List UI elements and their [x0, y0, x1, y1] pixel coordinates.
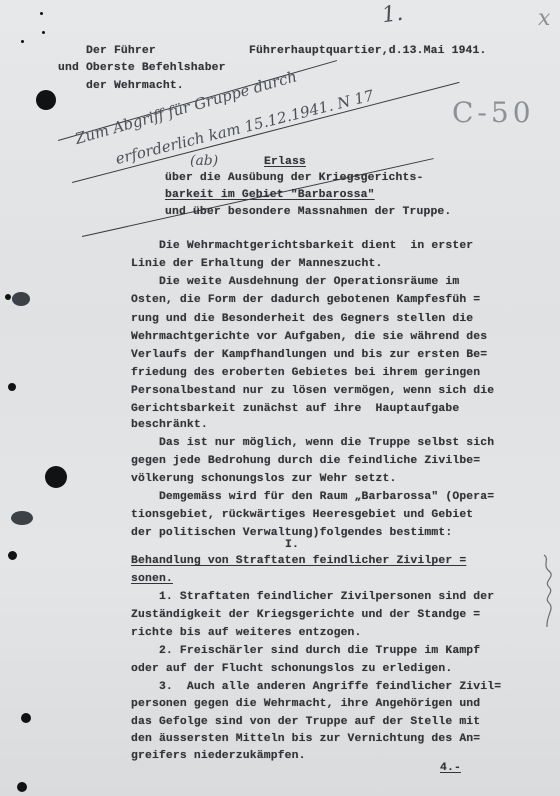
continuation-mark: 4.- — [440, 762, 461, 774]
item-line: 2. Freischärler sind durch die Truppe im… — [131, 645, 480, 657]
sender-line-1: Der Führer — [86, 45, 156, 57]
body-line: Osten, die Form der dadurch gebotenen Ka… — [131, 294, 480, 306]
body-line: Die weite Ausdehnung der Operationsräume… — [131, 276, 459, 288]
body-line: Das ist nur möglich, wenn die Truppe sel… — [131, 437, 494, 449]
body-line: friedung des eroberten Gebietes bei ihre… — [131, 367, 480, 379]
item-line: den äussersten Mitteln bis zur Vernichtu… — [131, 733, 480, 745]
punch-hole — [12, 292, 30, 306]
body-line: Wehrmachtgerichte vor Aufgaben, die sie … — [131, 331, 487, 343]
body-line: gegen jede Bedrohung durch die feindlich… — [131, 455, 480, 467]
body-line: Gerichtsbarkeit zunächst auf ihre Haupta… — [131, 403, 459, 415]
margin-dot — [17, 782, 27, 792]
punch-hole — [11, 511, 33, 525]
section-heading-line-2: sonen. — [131, 573, 173, 585]
item-line: oder auf der Flucht schonungslos zu erle… — [131, 663, 452, 675]
place-date: Führerhauptquartier,d.13.Mai 1941. — [249, 45, 487, 57]
title-erlass: Erlass — [264, 156, 306, 168]
document-page: 1. x C-50 Zum Abgriff für Gruppe durch e… — [0, 0, 560, 796]
body-line: Verlaufs der Kampfhandlungen und bis zur… — [131, 349, 487, 361]
item-line: Zuständigkeit der Kriegsgerichte und der… — [131, 609, 480, 621]
sender-line-2: und Oberste Befehlshaber — [58, 62, 226, 74]
body-line: beschränkt. — [131, 419, 208, 431]
title-line-3: barkeit im Gebiet "Barbarossa" — [165, 189, 375, 201]
exhibit-id: C-50 — [452, 96, 535, 129]
margin-dot — [8, 551, 17, 560]
margin-dot — [21, 713, 31, 723]
handwritten-note-line3: (ab) — [190, 153, 218, 169]
item-line: greifers niederzukämpfen. — [131, 750, 306, 762]
punch-hole — [45, 466, 67, 488]
item-line: 1. Straftaten feindlicher Zivilpersonen … — [131, 591, 494, 603]
body-line: der politischen Verwaltung)folgendes bes… — [131, 527, 452, 539]
body-line: Die Wehrmachtgerichtsbarkeit dient in er… — [131, 240, 473, 252]
body-line: Demgemäss wird für den Raum „Barbarossa"… — [131, 491, 494, 503]
body-line: Personalbestand nur zu lösen vermögen, w… — [131, 385, 494, 397]
margin-dot — [40, 12, 43, 15]
corner-mark: x — [538, 6, 550, 31]
item-line: das Gefolge sind von der Truppe auf der … — [131, 716, 480, 728]
section-heading-line-1: Behandlung von Straftaten feindlicher Zi… — [131, 555, 466, 567]
page-mark: 1. — [380, 1, 404, 29]
item-line: personen gegen die Wehrmacht, ihre Angeh… — [131, 698, 480, 710]
margin-dot — [5, 294, 11, 300]
item-line: richte bis auf weiteres entzogen. — [131, 627, 362, 639]
body-line: rung und die Besonderheit des Gegners st… — [131, 313, 473, 325]
title-line-4: und über besondere Massnahmen der Truppe… — [165, 206, 451, 218]
item-line: 3. Auch alle anderen Angriffe feindliche… — [131, 681, 501, 693]
margin-squiggle-mark — [540, 553, 554, 629]
section-number: I. — [285, 539, 299, 551]
body-line: Linie der Erhaltung der Manneszucht. — [131, 258, 382, 270]
sender-line-3: der Wehrmacht. — [86, 80, 184, 92]
punch-hole — [36, 90, 56, 110]
margin-dot — [21, 40, 24, 43]
body-line: völkerung schonungslos zur Wehr setzt. — [131, 473, 396, 485]
margin-dot — [42, 31, 45, 34]
title-line-2: über die Ausübung der Kriegsgerichts- — [165, 172, 423, 184]
body-line: tionsgebiet, rückwärtiges Heeresgebiet u… — [131, 509, 473, 521]
margin-dot — [8, 383, 16, 391]
